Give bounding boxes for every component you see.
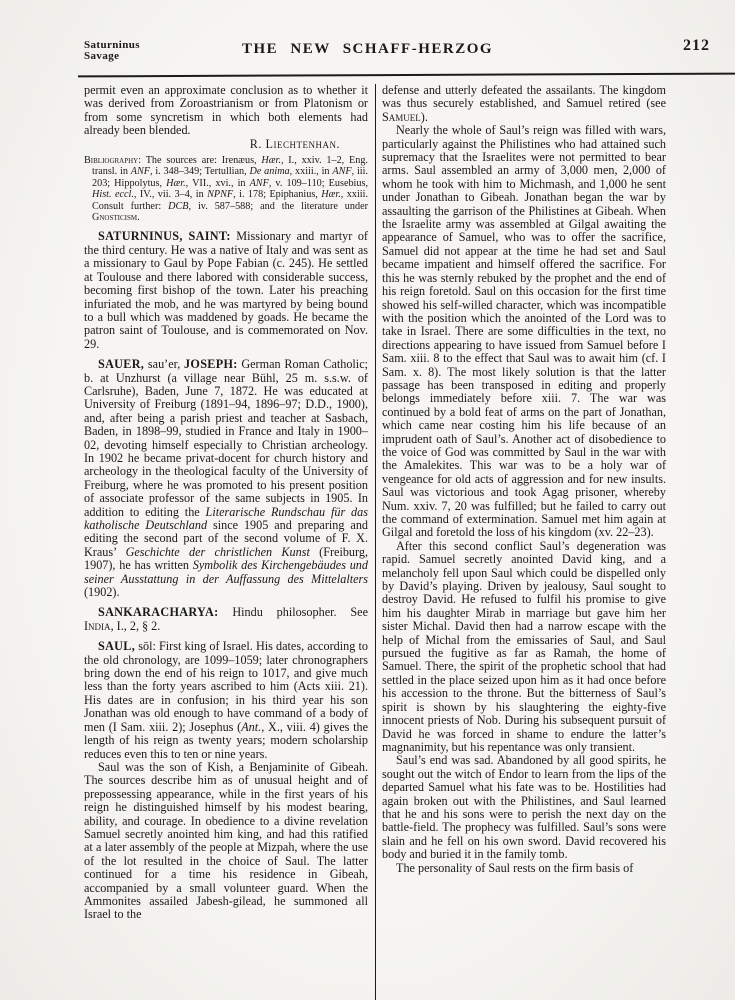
paragraph-saul-personality: The personality of Saul rests on the fir…: [382, 862, 666, 875]
page-title: THE NEW SCHAFF-HERZOG: [0, 41, 735, 58]
continuation-paragraph-right: defense and utterly defeated the assaila…: [382, 84, 666, 124]
page-number: 212: [683, 37, 710, 55]
bibliography: Bibliography: The sources are: Irenæus, …: [84, 155, 368, 223]
continuation-paragraph: permit even an approximate conclusion as…: [84, 84, 368, 138]
entry-saul: SAUL, sōl: First king of Israel. His dat…: [84, 640, 368, 761]
left-column: permit even an approximate conclusion as…: [84, 84, 368, 1000]
entry-sankaracharya: SANKARACHARYA: Hindu philosopher. See In…: [84, 606, 368, 633]
paragraph-saul-kish: Saul was the son of Kish, a Benjaminite …: [84, 761, 368, 922]
paragraph-saul-end: Saul’s end was sad. Abandoned by all goo…: [382, 754, 666, 861]
right-column: defense and utterly defeated the assaila…: [382, 84, 666, 1000]
entry-saturninus-saint: SATURNINUS, SAINT: Missionary and martyr…: [84, 230, 368, 351]
column-divider-rule: [375, 84, 376, 1000]
paragraph-saul-degeneration: After this second conflict Saul’s degene…: [382, 540, 666, 755]
author-signature: R. Liechtenhan.: [84, 138, 368, 151]
encyclopedia-page: Saturninus Savage THE NEW SCHAFF-HERZOG …: [0, 0, 735, 1000]
header-rule: [78, 73, 735, 78]
text-columns: permit even an approximate conclusion as…: [84, 84, 666, 1000]
entry-sauer-joseph: SAUER, sau’er, JOSEPH: German Roman Cath…: [84, 358, 368, 599]
paragraph-saul-wars: Nearly the whole of Saul’s reign was fil…: [382, 124, 666, 540]
